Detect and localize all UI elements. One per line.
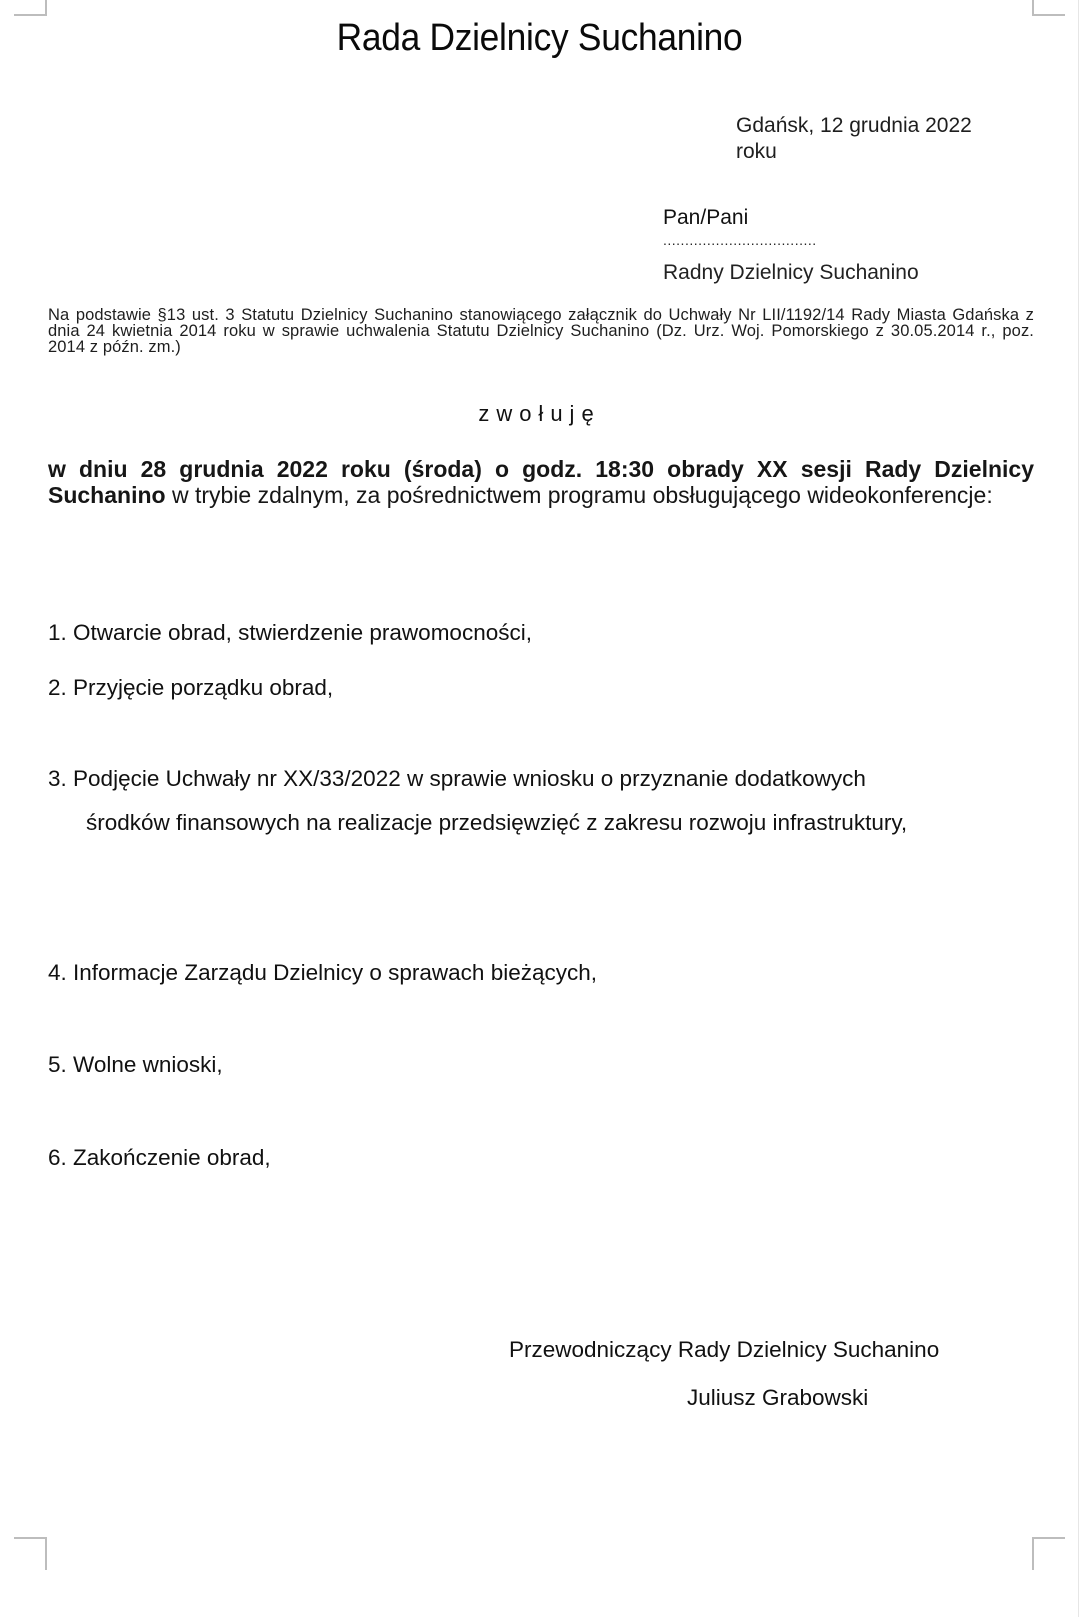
agenda-item-1: 1. Otwarcie obrad, stwierdzenie prawomoc… bbox=[48, 620, 532, 646]
recipient-name-placeholder: ................................... bbox=[663, 232, 817, 248]
agenda-number: 4. bbox=[48, 960, 67, 985]
agenda-item-2: 2. Przyjęcie porządku obrad, bbox=[48, 675, 333, 701]
agenda-number: 3. bbox=[48, 766, 67, 791]
recipient-role: Radny Dzielnicy Suchanino bbox=[663, 261, 919, 285]
agenda-item-3: 3. Podjęcie Uchwały nr XX/33/2022 w spra… bbox=[48, 757, 1034, 845]
agenda-number: 6. bbox=[48, 1145, 67, 1170]
recipient-salutation: Pan/Pani bbox=[663, 206, 748, 230]
legal-basis-paragraph: Na podstawie §13 ust. 3 Statutu Dzielnic… bbox=[48, 307, 1034, 355]
signature-title: Przewodniczący Rady Dzielnicy Suchanino bbox=[509, 1337, 939, 1363]
agenda-number: 2. bbox=[48, 675, 67, 700]
agenda-text: Otwarcie obrad, stwierdzenie prawomocnoś… bbox=[73, 620, 532, 645]
agenda-text: Wolne wnioski, bbox=[73, 1052, 223, 1077]
agenda-number: 5. bbox=[48, 1052, 67, 1077]
crop-mark-bottom-right bbox=[1032, 1537, 1065, 1570]
agenda-number: 1. bbox=[48, 620, 67, 645]
crop-mark-bottom-left bbox=[14, 1537, 47, 1570]
agenda-item-4: 4. Informacje Zarządu Dzielnicy o sprawa… bbox=[48, 960, 597, 986]
convene-heading: zwołuję bbox=[0, 401, 1079, 427]
agenda-item-6: 6. Zakończenie obrad, bbox=[48, 1145, 271, 1171]
crop-mark-top-right bbox=[1032, 0, 1065, 16]
agenda-text: Podjęcie Uchwały nr XX/33/2022 w sprawie… bbox=[73, 766, 866, 791]
date-line: Gdańsk, 12 grudnia 2022 roku bbox=[736, 113, 1006, 165]
agenda-text-continued: środków finansowych na realizacje przeds… bbox=[48, 801, 1034, 845]
agenda-text: Informacje Zarządu Dzielnicy o sprawach … bbox=[73, 960, 597, 985]
document-title: Rada Dzielnicy Suchanino bbox=[38, 17, 1041, 60]
signature-name: Juliusz Grabowski bbox=[687, 1385, 868, 1411]
agenda-text: Zakończenie obrad, bbox=[73, 1145, 271, 1170]
session-paragraph: w dniu 28 grudnia 2022 roku (środa) o go… bbox=[48, 456, 1034, 508]
session-mode: w trybie zdalnym, za pośrednictwem progr… bbox=[166, 482, 993, 508]
agenda-text: Przyjęcie porządku obrad, bbox=[73, 675, 333, 700]
agenda-item-5: 5. Wolne wnioski, bbox=[48, 1052, 223, 1078]
crop-mark-top-left bbox=[14, 0, 47, 16]
